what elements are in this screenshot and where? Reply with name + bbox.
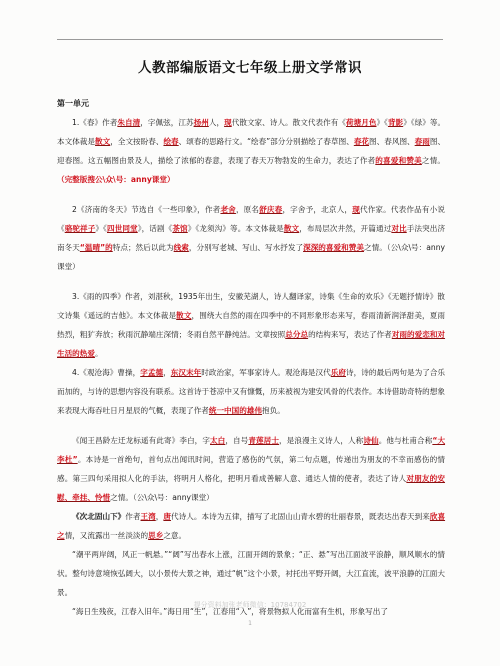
text-run: 。他与杜甫合称 [379, 436, 433, 445]
text-run: 》，话剧《 [138, 224, 173, 233]
highlighted-keyword: 思乡 [148, 531, 163, 540]
paragraph: 4.《观沧海》曹操，字孟德，东汉末年时政治家，军事家诗人。观沧海是汉代乐府诗，诗… [57, 363, 445, 420]
text-run: 》《 [376, 118, 387, 127]
highlighted-keyword: 字孟德 [140, 368, 163, 377]
text-run: 抱负。 [262, 406, 285, 415]
highlighted-keyword: 对比 [391, 224, 406, 233]
text-run: “潮平两岸阔，风正一帆悬。”“阔”写出春水上涨，江面开阔的景象；“正、悬”写出江… [57, 550, 445, 597]
text-run: 《闻王昌龄左迁龙标遥有此寄》李白，字 [72, 436, 210, 445]
text-run: ，字舍予，北京人， [282, 205, 352, 214]
text-run: 1.《春》作者 [72, 118, 117, 127]
text-run: 的结构来写，表达了作者 [308, 330, 392, 339]
text-run: 代诗人。本诗为五律，描写了北固山山青水碧的壮丽春景，既表达出春天到来 [171, 512, 430, 521]
highlighted-keyword: 散文 [95, 137, 110, 146]
highlighted-keyword: 现 [224, 118, 232, 127]
highlighted-keyword: 骆驼祥子 [65, 224, 96, 233]
text-run: ，是浪漫主义诗人，人称 [279, 436, 363, 445]
text-run: 4.《观沧海》曹操， [72, 368, 140, 377]
paragraph: “潮平两岸阔，风正一帆悬。”“阔”写出春水上涨，江面开阔的景象；“正、悬”写出江… [57, 545, 445, 602]
text-run: 之情。 [422, 156, 445, 165]
paragraph: 3.《雨的四季》作者，刘湛秋，1935年出生，安徽芜湖人，诗人翻译家，诗集《生命… [57, 287, 445, 363]
text-run: ，原名 [236, 205, 259, 214]
header-rule [57, 39, 443, 40]
text-run: ， [163, 368, 171, 377]
highlighted-note: （完整版搜公\众\号：anny课堂） [57, 175, 175, 184]
text-run: 图、春风图、 [369, 137, 415, 146]
highlighted-keyword: 春雨 [415, 137, 430, 146]
text-run: 人， [209, 118, 224, 127]
highlighted-keyword: 总分总 [285, 330, 308, 339]
highlighted-keyword: 散文 [176, 311, 191, 320]
paragraph: 1.《春》作者朱自清，字佩弦，江苏扬州人，现代散文家、诗人。散文代表作有《荷塘月… [57, 113, 445, 189]
paragraph: 《次北固山下》作者王湾，唐代诗人。本诗为五律，描写了北固山山青水碧的壮丽春景，既… [57, 507, 445, 545]
text-run: 之情。（公\众\号：anny课堂） [110, 493, 214, 502]
highlighted-keyword: 茶馆 [172, 224, 187, 233]
document-page: 人教部编版语文七年级上册文学常识 第一单元 1.《春》作者朱自清，字佩弦，江苏扬… [0, 0, 500, 666]
highlighted-keyword: “温晴”的 [80, 243, 113, 252]
document-title: 人教部编版语文七年级上册文学常识 [0, 56, 500, 76]
paragraph: 《闻王昌龄左迁龙标遥有此寄》李白，字太白，自号青莲居士，是浪漫主义诗人，人称诗仙… [57, 431, 445, 507]
text-run: 2《济南的冬天》节选自《一些印象》，作者 [72, 205, 220, 214]
document-body: 1.《春》作者朱自清，字佩弦，江苏扬州人，现代散文家、诗人。散文代表作有《荷塘月… [57, 113, 445, 621]
text-run: 情，又流露出一丝淡淡的 [65, 531, 149, 540]
text-run: 之意。 [163, 531, 186, 540]
section-heading: 第一单元 [57, 98, 89, 109]
text-run: 、颂春的思路行文。“绘春”部分分别描绘了春草图、 [179, 137, 354, 146]
highlighted-keyword: 唐 [163, 512, 171, 521]
watermark-text: 提分资料加张老师微信：10784702 [0, 600, 500, 610]
highlighted-keyword: 青莲居士 [248, 436, 279, 445]
paragraph-gap [57, 189, 445, 200]
text-run: ，布局层次井然，开篇通过 [299, 224, 391, 233]
text-run: ，分别写老城、写山、写水抒发了 [189, 243, 303, 252]
text-run: ，自号 [225, 436, 248, 445]
highlighted-keyword: 老舍 [220, 205, 236, 214]
highlighted-keyword: 线索 [174, 243, 189, 252]
paragraph: 2《济南的冬天》节选自《一些印象》，作者老舍，原名舒庆春，字舍予，北京人，现代作… [57, 200, 445, 276]
text-run: ，全文按盼春、 [110, 137, 163, 146]
highlighted-keyword: 王湾 [141, 512, 156, 521]
bold-text: 《次北固山下》 [72, 512, 125, 521]
text-run: 特点；然后以此为 [113, 243, 174, 252]
text-run: 》《 [95, 224, 107, 233]
text-run: 作者 [125, 512, 140, 521]
highlighted-keyword: 春花 [354, 137, 369, 146]
text-run: ，字佩弦，江苏 [140, 118, 193, 127]
highlighted-keyword: 荷塘月色 [346, 118, 376, 127]
highlighted-keyword: 的喜爱和赞美 [375, 156, 422, 165]
page-number: 1 [0, 620, 500, 627]
highlighted-keyword: 朱自清 [117, 118, 140, 127]
text-run: 代散文家、诗人。散文代表作有《 [232, 118, 346, 127]
highlighted-keyword: 四世同堂 [107, 224, 138, 233]
highlighted-keyword: 东汉末年 [171, 368, 201, 377]
highlighted-keyword: 散文 [284, 224, 299, 233]
highlighted-keyword: 乐府 [331, 368, 346, 377]
highlighted-keyword: 太白 [210, 436, 225, 445]
paragraph-gap [57, 276, 445, 287]
highlighted-keyword: 统一中国的雄伟 [209, 406, 262, 415]
text-run: 》《龙须沟》等。本文体裁是 [188, 224, 284, 233]
highlighted-keyword: 诗仙 [363, 436, 378, 445]
text-run: 。本诗是一首绝句，首句点出闻讯时间，营造了感伤的气氛，第二句点题，传递出为朋友的… [57, 455, 445, 483]
paragraph-gap [57, 420, 445, 431]
highlighted-keyword: 背影 [388, 118, 403, 127]
highlighted-keyword: 扬州 [194, 118, 209, 127]
highlighted-keyword: 舒庆春 [259, 205, 282, 214]
highlighted-keyword: 绘春 [163, 137, 178, 146]
text-run: 时政治家，军事家诗人。观沧海是汉代 [201, 368, 331, 377]
highlighted-keyword: 深深的喜爱和赞美 [303, 243, 364, 252]
text-run: 。 [95, 349, 103, 358]
highlighted-keyword: 现 [352, 205, 360, 214]
